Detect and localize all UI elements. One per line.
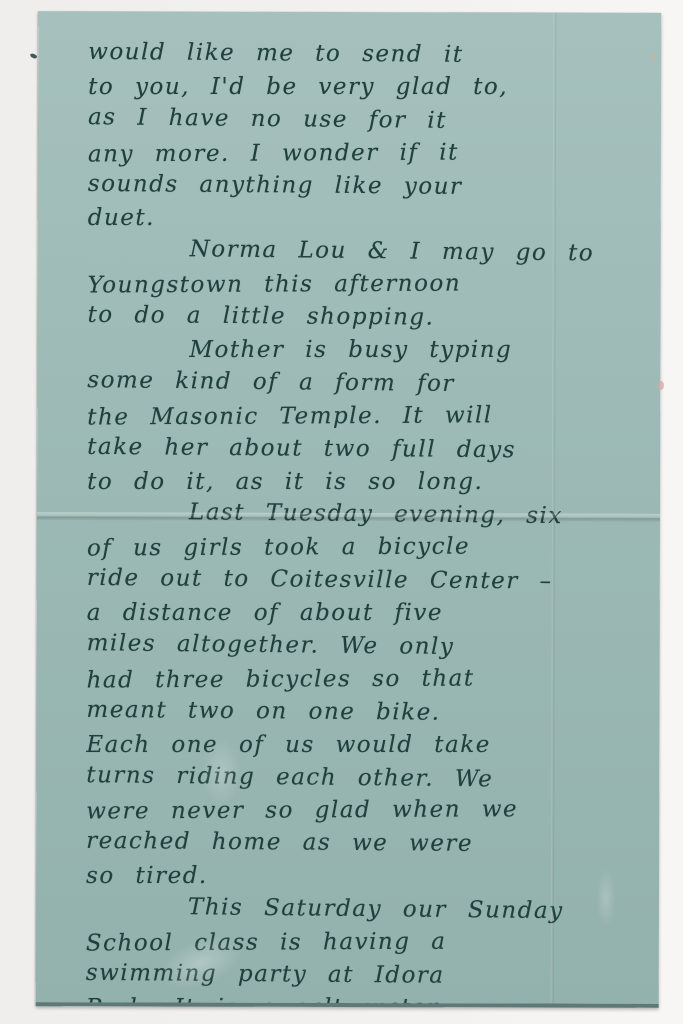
handwritten-line: Park. It is a salt water: [86, 992, 645, 1008]
handwritten-line: Each one of us would take: [86, 729, 645, 762]
handwritten-line: were never so glad when we: [86, 793, 645, 829]
handwritten-line: ride out to Coitesville Center –: [87, 562, 646, 599]
handwritten-line: Norma Lou & I may go to: [88, 232, 647, 271]
handwritten-line: had three bicycles so that: [86, 662, 645, 698]
handwritten-line: some kind of a form for: [87, 364, 646, 403]
handwritten-line: so tired.: [86, 860, 645, 893]
handwritten-line: Last Tuesday evening, six: [87, 496, 646, 535]
handwritten-line: Mother is busy typing: [87, 334, 646, 367]
handwritten-line: to do a little shopping.: [87, 299, 646, 336]
handwritten-line: as I have no use for it: [88, 101, 647, 140]
handwritten-line: reached home as we were: [86, 825, 645, 862]
paper-scuff: [596, 868, 616, 928]
pink-scan-mark: [658, 381, 664, 390]
handwritten-line: the Masonic Temple. It will: [87, 398, 646, 434]
handwritten-line: to do it, as it is so long.: [87, 466, 646, 499]
handwritten-line: meant two on one bike.: [86, 694, 645, 731]
letter-lines: would like me to send itto you, I'd be v…: [86, 37, 648, 1007]
handwritten-line: duet.: [88, 203, 647, 236]
handwritten-line: a distance of about five: [87, 597, 646, 630]
handwritten-line: Youngstown this afternoon: [88, 267, 647, 303]
handwritten-line: sounds anything like your: [88, 167, 647, 204]
handwritten-line: any more. I wonder if it: [88, 135, 647, 171]
paper-scuff: [201, 738, 241, 808]
handwritten-line: This Saturday our Sunday: [86, 890, 645, 929]
handwritten-line: miles altogether. We only: [86, 627, 645, 666]
paper-fleck: [650, 55, 656, 60]
handwritten-line: to you, I'd be very glad to,: [88, 71, 647, 104]
handwritten-line: turns riding each other. We: [86, 759, 645, 798]
letter-paper: would like me to send itto you, I'd be v…: [36, 11, 662, 1008]
handwritten-line: of us girls took a bicycle: [87, 530, 646, 566]
handwritten-line: would like me to send it: [88, 36, 647, 73]
handwritten-line: take her about two full days: [87, 431, 646, 468]
